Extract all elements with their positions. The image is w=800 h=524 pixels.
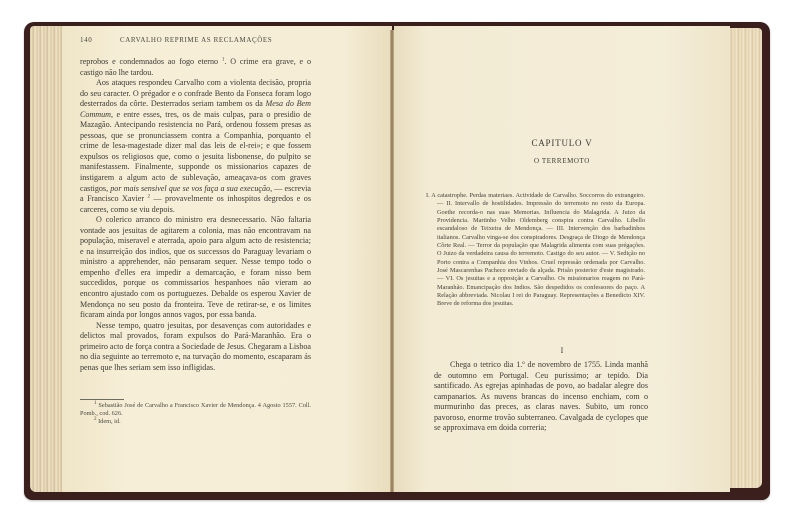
footnote: 2 Idem, id. <box>80 418 311 426</box>
right-body-text: Chega o tetrico dia 1.º de novembro de 1… <box>434 360 648 434</box>
chapter-title: CAPITULO V <box>394 138 730 148</box>
footnote-text: Sebastião José de Carvalho a Francisco X… <box>80 402 311 417</box>
left-body-text: reprobos e condemnados ao fogo eterno 1.… <box>80 57 311 373</box>
paragraph: reprobos e condemnados ao fogo eterno 1.… <box>80 57 311 78</box>
page-edges-left <box>30 26 64 492</box>
page-edges-right <box>728 28 762 488</box>
footnotes: 1 Sebastião José de Carvalho a Francisco… <box>80 402 311 427</box>
paragraph: Nesse tempo, quatro jesuitas, por desave… <box>80 321 311 374</box>
footnote-marker: 1 <box>94 401 97 406</box>
book-photo: 140 CARVALHO REPRIME AS RECLAMAÇÕES repr… <box>0 0 800 524</box>
section-number: I <box>394 346 730 355</box>
running-head-title: CARVALHO REPRIME AS RECLAMAÇÕES <box>120 36 272 44</box>
book-gutter <box>390 30 394 492</box>
paragraph: O colerico arranco do ministro era desne… <box>80 215 311 320</box>
paragraph: Aos ataques respondeu Carvalho com a vio… <box>80 78 311 215</box>
footnote-marker: 2 <box>94 417 97 422</box>
footnote-text: Idem, id. <box>98 418 121 425</box>
paragraph: Chega o tetrico dia 1.º de novembro de 1… <box>434 360 648 434</box>
chapter-summary: I. A catastrophe. Perdas materiaes. Acti… <box>426 192 645 309</box>
footnote-divider <box>80 399 124 400</box>
footnote: 1 Sebastião José de Carvalho a Francisco… <box>80 402 311 418</box>
chapter-subtitle: O TERREMOTO <box>394 157 730 165</box>
page-number: 140 <box>80 36 92 44</box>
summary-text: I. A catastrophe. Perdas materiaes. Acti… <box>426 192 645 309</box>
